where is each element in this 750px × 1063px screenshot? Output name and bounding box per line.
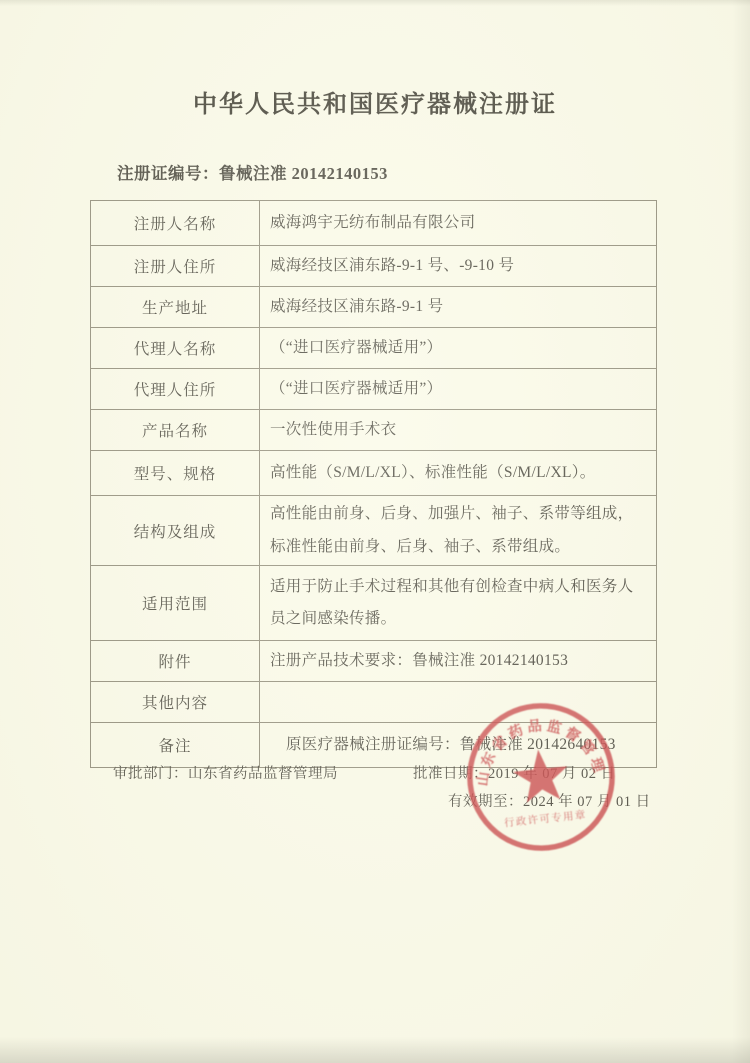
table-row: 代理人住所 （“进口医疗器械适用”）: [91, 369, 657, 410]
row-label: 代理人名称: [91, 328, 260, 369]
table-row: 适用范围 适用于防止手术过程和其他有创检查中病人和医务人员之间感染传播。: [91, 566, 657, 641]
row-value: （“进口医疗器械适用”）: [260, 369, 657, 410]
seal-sub-text: 行政许可专用章: [503, 808, 587, 830]
table-row: 注册人住所 威海经技区浦东路-9-1 号、-9-10 号: [91, 246, 657, 287]
certificate-page: { "page": { "title": "中华人民共和国医疗器械注册证", "…: [0, 0, 750, 1063]
row-label: 注册人住所: [91, 246, 260, 287]
table-row: 注册人名称 威海鸿宇无纺布制品有限公司: [91, 201, 657, 246]
row-value: 威海鸿宇无纺布制品有限公司: [260, 201, 657, 246]
row-label: 代理人住所: [91, 369, 260, 410]
row-value: 原医疗器械注册证编号：鲁械注准 20142640153: [260, 723, 657, 768]
row-value: 一次性使用手术衣: [260, 410, 657, 451]
row-value: 高性能（S/M/L/XL）、标准性能（S/M/L/XL）。: [260, 451, 657, 496]
row-label: 适用范围: [91, 566, 260, 641]
row-label: 备注: [91, 723, 260, 768]
table-row: 结构及组成 高性能由前身、后身、加强片、袖子、系带等组成，标准性能由前身、后身、…: [91, 496, 657, 566]
row-value: 适用于防止手术过程和其他有创检查中病人和医务人员之间感染传播。: [260, 566, 657, 641]
row-value: 威海经技区浦东路-9-1 号: [260, 287, 657, 328]
row-label: 其他内容: [91, 682, 260, 723]
table-row: 产品名称 一次性使用手术衣: [91, 410, 657, 451]
approval-department: 审批部门：山东省药品监督管理局: [113, 762, 338, 783]
row-value: （“进口医疗器械适用”）: [260, 328, 657, 369]
row-value: 威海经技区浦东路-9-1 号、-9-10 号: [260, 246, 657, 287]
table-row: 备注 原医疗器械注册证编号：鲁械注准 20142640153: [91, 723, 657, 768]
row-label: 结构及组成: [91, 496, 260, 566]
certificate-table: 注册人名称 威海鸿宇无纺布制品有限公司 注册人住所 威海经技区浦东路-9-1 号…: [90, 200, 657, 768]
row-value: 注册产品技术要求：鲁械注准 20142140153: [260, 641, 657, 682]
registration-number-line: 注册证编号：鲁械注准 20142140153: [117, 160, 388, 184]
row-label: 生产地址: [91, 287, 260, 328]
document-title: 中华人民共和国医疗器械注册证: [0, 84, 750, 119]
certificate-table-body: 注册人名称 威海鸿宇无纺布制品有限公司 注册人住所 威海经技区浦东路-9-1 号…: [91, 201, 657, 768]
valid-until-date: 有效期至：2024 年 07 月 01 日: [448, 790, 651, 811]
row-value: [260, 682, 657, 723]
table-row: 型号、规格 高性能（S/M/L/XL）、标准性能（S/M/L/XL）。: [91, 451, 657, 496]
table-row: 其他内容: [91, 682, 657, 723]
row-label: 附件: [91, 641, 260, 682]
table-row: 代理人名称 （“进口医疗器械适用”）: [91, 328, 657, 369]
approval-date: 批准日期：2019 年 07 月 02 日: [413, 762, 616, 783]
row-label: 产品名称: [91, 410, 260, 451]
row-value: 高性能由前身、后身、加强片、袖子、系带等组成，标准性能由前身、后身、袖子、系带组…: [260, 496, 657, 566]
table-row: 生产地址 威海经技区浦东路-9-1 号: [91, 287, 657, 328]
table-row: 附件 注册产品技术要求：鲁械注准 20142140153: [91, 641, 657, 682]
row-label: 型号、规格: [91, 451, 260, 496]
row-label: 注册人名称: [91, 201, 260, 246]
